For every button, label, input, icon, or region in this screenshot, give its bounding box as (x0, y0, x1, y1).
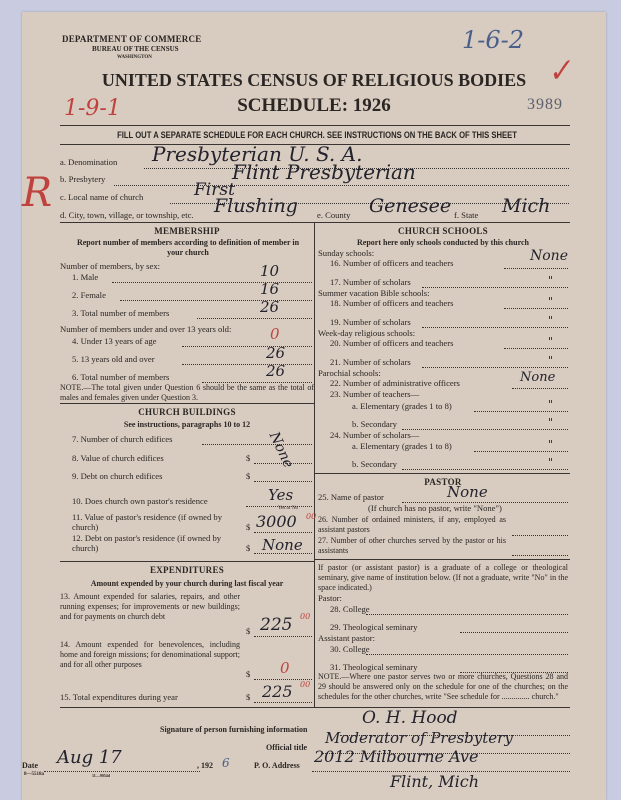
presbytery-label: b. Presbytery (60, 174, 105, 184)
q23a-field[interactable]: " (548, 398, 553, 411)
q13-running-expenses-field[interactable]: 225 (260, 615, 292, 635)
date-label: Date (22, 761, 38, 770)
state-field[interactable]: Mich (502, 195, 550, 217)
form-title: UNITED STATES CENSUS OF RELIGIOUS BODIES (22, 70, 606, 91)
dollar-sign: $ (246, 669, 250, 679)
po-address-line2-field[interactable]: Flint, Mich (390, 772, 479, 791)
date-field[interactable]: Aug 17 (57, 747, 122, 768)
county-field[interactable]: Genesee (369, 195, 451, 217)
presbytery-field[interactable]: Flint Presbyterian (232, 160, 416, 184)
q17-label: 17. Number of scholars (330, 277, 411, 287)
q23-label: 23. Number of teachers— (330, 389, 419, 399)
q15-label: 15. Total expenditures during year (60, 692, 178, 702)
q13-label: 13. Amount expended for salaries, repair… (60, 592, 240, 622)
q1-male-field[interactable]: 10 (260, 262, 279, 280)
po-address-label: P. O. Address (254, 761, 300, 770)
county-label: e. County (317, 210, 350, 220)
q26-label: 26. Number of ordained ministers, if any… (318, 515, 506, 535)
q23a-label: a. Elementary (grades 1 to 8) (352, 401, 452, 411)
pastor-name-hint: (If church has no pastor, write "None") (368, 503, 502, 513)
q2-female-field[interactable]: 16 (260, 280, 279, 298)
q21-field[interactable]: " (548, 354, 553, 367)
q11-label: 11. Value of pastor's residence (if owne… (72, 512, 242, 532)
q15-cents: 00 (300, 680, 310, 689)
buildings-title: CHURCH BUILDINGS (60, 407, 314, 417)
q10-label: 10. Does church own pastor's residence (72, 496, 208, 506)
members-age-label: Number of members under and over 13 year… (60, 324, 231, 334)
weekday-schools-label: Week-day religious schools: (318, 328, 415, 338)
local-name-label: c. Local name of church (60, 192, 143, 202)
q12-label: 12. Debt on pastor's residence (if owned… (72, 533, 242, 553)
checkmark-icon: ✓ (544, 52, 575, 91)
q10-residence-field[interactable]: Yes (268, 486, 293, 504)
yes-no-hint: Yes or No (278, 506, 298, 511)
q23b-label: b. Secondary (352, 419, 397, 429)
q6-total-field[interactable]: 26 (266, 362, 285, 380)
signature-label: Signature of person furnishing informati… (160, 725, 307, 734)
q28-label: 28. College (330, 604, 370, 614)
annotation-top-right: 1-6-2 (462, 26, 524, 54)
q24a-label: a. Elementary (grades 1 to 8) (352, 441, 452, 451)
q7-edifices-field[interactable]: None (266, 429, 297, 470)
official-title-field[interactable]: Moderator of Presbytery (325, 729, 513, 747)
sunday-schools-label: Sunday schools: (318, 248, 374, 258)
q24b-field[interactable]: " (548, 456, 553, 469)
q31-label: 31. Theological seminary (330, 662, 417, 672)
dollar-sign: $ (246, 453, 250, 463)
schools-title: CHURCH SCHOOLS (316, 226, 570, 236)
pastor-title: PASTOR (316, 477, 570, 487)
q15-total-field[interactable]: 225 (262, 682, 293, 701)
annotation-top-left: 1-9-1 (64, 96, 121, 121)
q5-over13-field[interactable]: 26 (266, 344, 285, 362)
q1-label: 1. Male (72, 272, 98, 282)
print-code: 11—9054d (92, 773, 110, 778)
q19-field[interactable]: " (548, 314, 553, 327)
q8-label: 8. Value of church edifices (72, 453, 164, 463)
q24-label: 24. Number of scholars— (330, 430, 419, 440)
q2-label: 2. Female (72, 290, 106, 300)
membership-subtitle: Report number of members according to de… (72, 238, 304, 258)
q11-value-field[interactable]: 3000 (256, 512, 297, 531)
state-label: f. State (454, 210, 478, 220)
q22-field[interactable]: None (520, 370, 555, 385)
dollar-sign: $ (246, 626, 250, 636)
q21-label: 21. Number of scholars (330, 357, 411, 367)
summer-schools-label: Summer vacation Bible schools: (318, 288, 429, 298)
q13-cents: 00 (300, 612, 310, 621)
dollar-sign: $ (246, 471, 250, 481)
dollar-sign: $ (246, 543, 250, 553)
q24a-field[interactable]: " (548, 438, 553, 451)
q20-label: 20. Number of officers and teachers (330, 338, 453, 348)
q19-label: 19. Number of scholars (330, 317, 411, 327)
q3-total-field[interactable]: 26 (260, 298, 279, 316)
q22-label: 22. Number of administrative officers (330, 378, 460, 388)
denomination-label: a. Denomination (60, 157, 117, 167)
q12-debt-field[interactable]: None (262, 536, 303, 554)
q16-label: 16. Number of officers and teachers (330, 258, 453, 268)
parochial-schools-label: Parochial schools: (318, 368, 381, 378)
members-by-sex-label: Number of members, by sex: (60, 261, 160, 271)
q24b-label: b. Secondary (352, 459, 397, 469)
bureau-heading: BUREAU OF THE CENSUS (92, 45, 179, 53)
city-field[interactable]: Flushing (214, 195, 298, 217)
q20-field[interactable]: " (548, 335, 553, 348)
form-code: 8—5518a (24, 772, 44, 777)
q16-field[interactable]: None (530, 248, 568, 264)
expenditures-subtitle: Amount expended by your church during la… (60, 579, 314, 588)
q4-label: 4. Under 13 years of age (72, 336, 156, 346)
department-heading: DEPARTMENT OF COMMERCE (62, 34, 201, 44)
expenditures-title: EXPENDITURES (60, 565, 314, 575)
po-address-line1-field[interactable]: 2012 Milbourne Ave (314, 747, 479, 766)
membership-title: MEMBERSHIP (60, 226, 314, 236)
year-prefix: , 192 (197, 761, 213, 770)
pastor-note: NOTE.—Where one pastor serves two or mor… (318, 672, 568, 702)
q6-label: 6. Total number of members (72, 372, 169, 382)
q5-label: 5. 13 years old and over (72, 354, 155, 364)
q25-label: 25. Name of pastor (318, 492, 384, 502)
q11-cents: 00 (306, 512, 316, 521)
signature-field[interactable]: O. H. Hood (362, 708, 458, 728)
annotation-margin-r: R (22, 170, 52, 216)
census-form-sheet: DEPARTMENT OF COMMERCE BUREAU OF THE CEN… (22, 12, 606, 800)
q9-label: 9. Debt on church edifices (72, 471, 162, 481)
q4-under13-field[interactable]: 0 (270, 325, 280, 343)
schools-subtitle: Report here only schools conducted by th… (316, 238, 570, 247)
q14-benevolences-field[interactable]: 0 (280, 659, 290, 677)
instruction-banner: FILL OUT A SEPARATE SCHEDULE FOR EACH CH… (92, 130, 543, 140)
city-heading: WASHINGTON (117, 55, 152, 60)
q3-label: 3. Total number of members (72, 308, 169, 318)
dollar-sign: $ (246, 692, 250, 702)
q18-label: 18. Number of officers and teachers (330, 298, 453, 308)
dollar-sign: $ (246, 522, 250, 532)
q18-field[interactable]: " (548, 295, 553, 308)
city-label: d. City, town, village, or township, etc… (60, 210, 194, 220)
q27-label: 27. Number of other churches served by t… (318, 536, 506, 556)
q30-label: 30. College (330, 644, 370, 654)
q17-field[interactable]: " (548, 274, 553, 287)
serial-number: 3989 (527, 96, 563, 114)
q7-label: 7. Number of church edifices (72, 434, 172, 444)
q14-label: 14. Amount expended for benevolences, in… (60, 640, 240, 670)
q23b-field[interactable]: " (548, 416, 553, 429)
year-field[interactable]: 6 (222, 756, 230, 770)
buildings-subtitle: See instructions, paragraphs 10 to 12 (60, 420, 314, 429)
membership-note: NOTE.—The total given under Question 6 s… (60, 383, 314, 403)
official-title-label: Official title (266, 743, 307, 752)
graduate-note: If pastor (or assistant pastor) is a gra… (318, 563, 568, 593)
pastor-subheading: Pastor: (318, 593, 342, 603)
assistant-pastor-subheading: Assistant pastor: (318, 633, 375, 643)
q25-pastor-name-field[interactable]: None (447, 483, 488, 501)
q29-label: 29. Theological seminary (330, 622, 417, 632)
